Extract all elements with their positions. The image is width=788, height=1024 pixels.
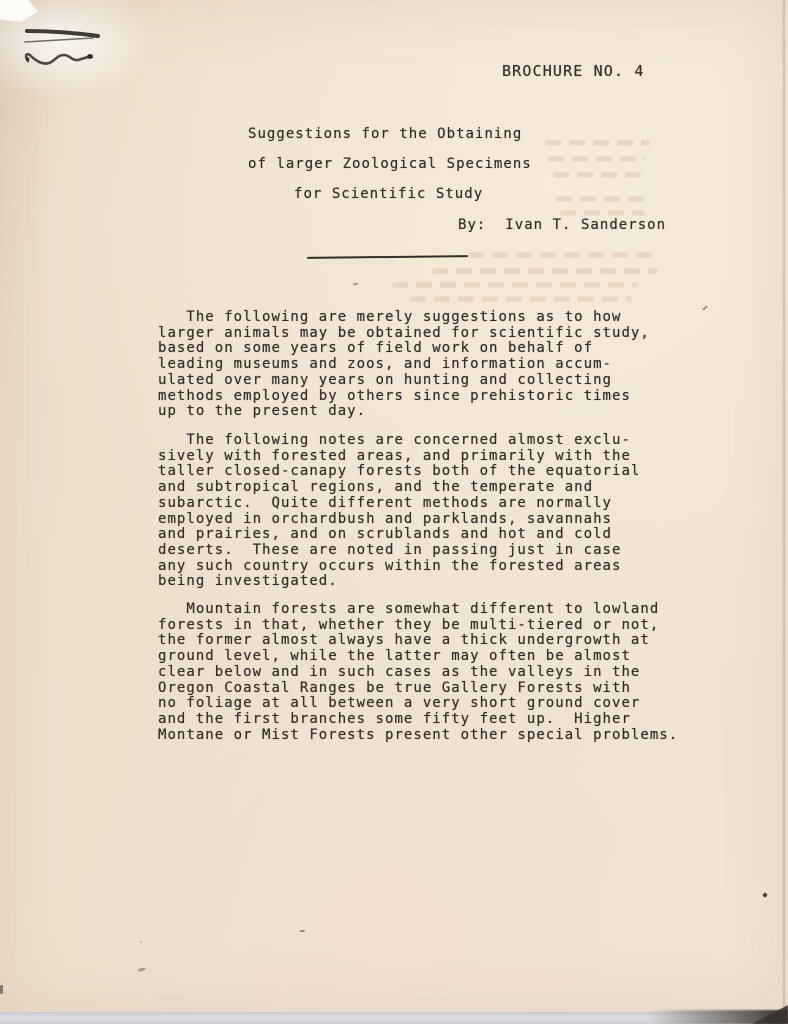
bleed-through-smudge xyxy=(556,196,648,202)
bleed-through-smudge xyxy=(392,282,638,288)
paragraph-3: Mountain forests are somewhat different … xyxy=(158,602,678,743)
bleed-through-smudge xyxy=(553,172,641,178)
corner-highlight xyxy=(0,0,38,22)
scanned-document: BROCHURE NO. 4 Suggestions for the Obtai… xyxy=(0,0,788,1024)
bleed-through-smudge xyxy=(410,296,632,302)
paperclip xyxy=(12,22,108,70)
bleed-through-smudge xyxy=(432,268,658,274)
paper-speck xyxy=(140,941,142,943)
divider-rule xyxy=(307,255,468,259)
paper-speck xyxy=(300,930,305,932)
title-line-1: Suggestions for the Obtaining xyxy=(248,126,522,142)
title-line-3: for Scientific Study xyxy=(294,186,483,202)
bleed-through-smudge xyxy=(560,210,645,216)
paper-speck xyxy=(0,985,3,994)
paper-speck xyxy=(762,892,767,897)
byline: By: Ivan T. Sanderson xyxy=(458,217,666,233)
bleed-through-smudge xyxy=(468,252,658,258)
paper-speck xyxy=(702,305,708,310)
document-page: BROCHURE NO. 4 Suggestions for the Obtai… xyxy=(0,0,788,1013)
brochure-number: BROCHURE NO. 4 xyxy=(502,63,645,79)
paper-speck xyxy=(138,967,147,973)
paragraph-1: The following are merely suggestions as … xyxy=(158,310,650,420)
paper-speck xyxy=(353,282,358,285)
paragraph-2: The following notes are concerned almost… xyxy=(158,433,640,590)
title-line-2: of larger Zoological Specimens xyxy=(248,156,532,172)
bleed-through-smudge xyxy=(548,156,646,162)
bleed-through-smudge xyxy=(545,140,650,146)
page-edge-shadow xyxy=(783,0,785,1013)
